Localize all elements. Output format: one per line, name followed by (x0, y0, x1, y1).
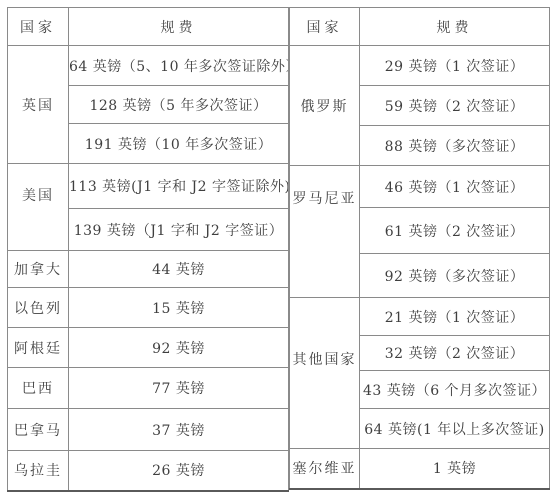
country-cell: 巴拿马 (8, 409, 69, 451)
table-row: 阿根廷92 英镑 (8, 328, 289, 368)
fee-cell: 21 英镑（1 次签证） (360, 298, 550, 336)
fee-cell: 88 英镑（多次签证） (360, 126, 550, 166)
fee-table-right: 国家 规费 俄罗斯29 英镑（1 次签证）59 英镑（2 次签证）88 英镑（多… (289, 7, 550, 490)
country-cell: 巴西 (8, 368, 69, 409)
header-country-left: 国家 (8, 8, 69, 46)
fee-cell: 61 英镑（2 次签证） (360, 208, 550, 254)
country-cell: 俄罗斯 (290, 46, 360, 166)
country-cell: 加拿大 (8, 251, 69, 288)
country-cell: 罗马尼亚 (290, 166, 360, 298)
country-cell: 阿根廷 (8, 328, 69, 368)
fee-cell: 1 英镑 (360, 449, 550, 489)
fee-cell: 128 英镑（5 年多次签证） (69, 86, 289, 124)
header-fee-right: 规费 (360, 8, 550, 46)
fee-cell: 77 英镑 (69, 368, 289, 409)
fee-cell: 46 英镑（1 次签证） (360, 166, 550, 208)
country-cell: 其他国家 (290, 298, 360, 449)
fee-cell: 44 英镑 (69, 251, 289, 288)
fee-cell: 26 英镑 (69, 451, 289, 491)
table-row: 英国64 英镑（5、10 年多次签证除外） (8, 46, 289, 86)
fee-cell: 15 英镑 (69, 288, 289, 328)
fee-table-left: 国家 规费 英国64 英镑（5、10 年多次签证除外）128 英镑（5 年多次签… (7, 7, 289, 492)
fee-cell: 29 英镑（1 次签证） (360, 46, 550, 86)
header-row: 国家 规费 (290, 8, 550, 46)
fee-cell: 92 英镑 (69, 328, 289, 368)
fee-cell: 32 英镑（2 次签证） (360, 336, 550, 371)
table-row: 加拿大44 英镑 (8, 251, 289, 288)
fee-cell: 59 英镑（2 次签证） (360, 86, 550, 126)
fee-cell: 37 英镑 (69, 409, 289, 451)
table-row: 乌拉圭26 英镑 (8, 451, 289, 491)
table-row: 塞尔维亚1 英镑 (290, 449, 550, 489)
table-row: 其他国家21 英镑（1 次签证） (290, 298, 550, 336)
fee-cell: 92 英镑（多次签证） (360, 254, 550, 298)
header-row: 国家 规费 (8, 8, 289, 46)
header-fee-left: 规费 (69, 8, 289, 46)
header-country-right: 国家 (290, 8, 360, 46)
country-cell: 英国 (8, 46, 69, 164)
country-cell: 乌拉圭 (8, 451, 69, 491)
table-row: 罗马尼亚46 英镑（1 次签证） (290, 166, 550, 208)
fee-cell: 64 英镑（5、10 年多次签证除外） (69, 46, 289, 86)
fee-cell: 113 英镑(J1 字和 J2 字签证除外) (69, 164, 289, 209)
table-row: 巴拿马37 英镑 (8, 409, 289, 451)
country-cell: 以色列 (8, 288, 69, 328)
table-row: 俄罗斯29 英镑（1 次签证） (290, 46, 550, 86)
table-row: 以色列15 英镑 (8, 288, 289, 328)
fee-cell: 64 英镑(1 年以上多次签证) (360, 409, 550, 449)
fee-cell: 191 英镑（10 年多次签证） (69, 124, 289, 164)
visa-fee-table: 国家 规费 英国64 英镑（5、10 年多次签证除外）128 英镑（5 年多次签… (7, 7, 553, 492)
country-cell: 塞尔维亚 (290, 449, 360, 489)
table-row: 巴西77 英镑 (8, 368, 289, 409)
document-page: 国家 规费 英国64 英镑（5、10 年多次签证除外）128 英镑（5 年多次签… (0, 0, 553, 492)
fee-cell: 43 英镑（6 个月多次签证） (360, 371, 550, 409)
fee-cell: 139 英镑（J1 字和 J2 字签证） (69, 209, 289, 251)
country-cell: 美国 (8, 164, 69, 251)
table-row: 美国113 英镑(J1 字和 J2 字签证除外) (8, 164, 289, 209)
